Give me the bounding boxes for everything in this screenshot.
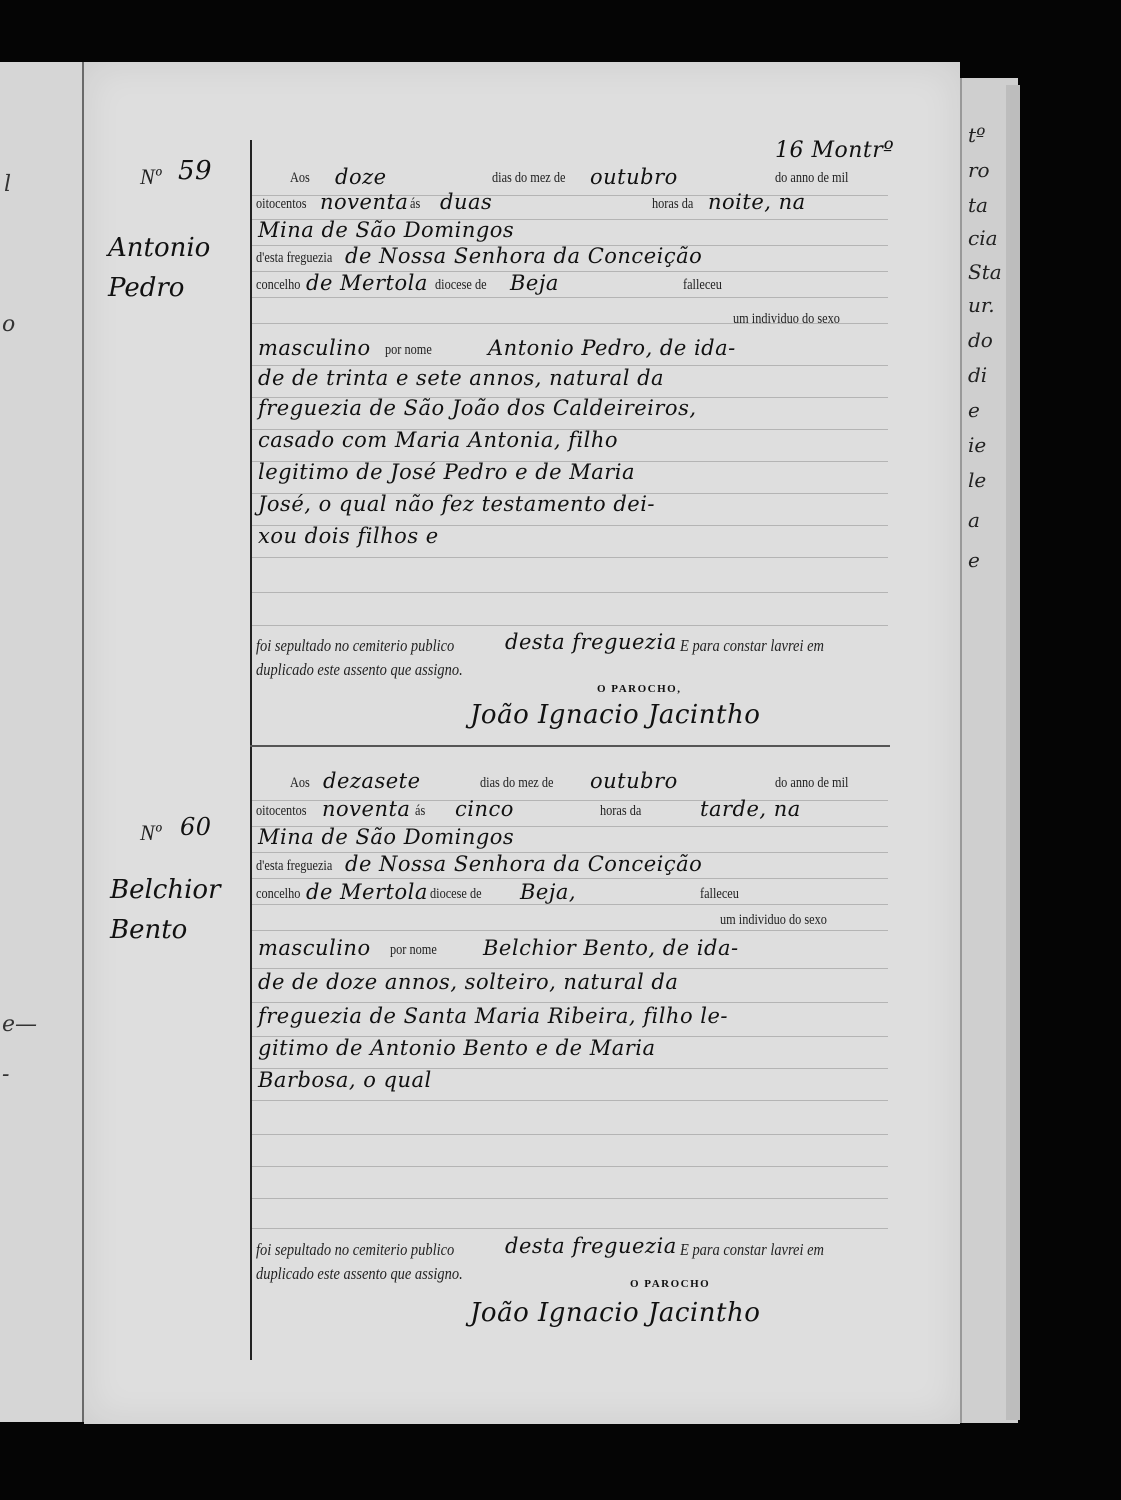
edge-fragment: di — [968, 363, 987, 387]
field-parish: de Nossa Senhora da Conceição — [345, 244, 702, 268]
body-line: Antonio Pedro, de ida- — [488, 336, 736, 360]
field-diocese: Beja, — [520, 880, 576, 904]
page-note: 16 Montrº — [775, 138, 894, 163]
label-sexo: um individuo do sexo — [720, 912, 827, 929]
left-page: l o e— - — [0, 62, 84, 1422]
label-para-constar: E para constar lavrei em — [680, 1240, 824, 1260]
label-horas: horas da — [600, 803, 641, 820]
label-horas: horas da — [652, 196, 693, 213]
label-concelho: concelho — [256, 886, 300, 903]
field-cemetery: desta freguezia — [505, 630, 677, 654]
field-hour: duas — [440, 190, 492, 214]
signature-title: O PAROCHO — [630, 1278, 710, 1290]
field-period: tarde, na — [700, 797, 801, 821]
field-year: noventa — [320, 190, 408, 214]
edge-fragment: ta — [968, 193, 988, 217]
label-falleceu: falleceu — [683, 277, 722, 294]
label-year: do anno de mil — [775, 170, 848, 187]
label-oitocentos: oitocentos — [256, 803, 307, 820]
field-year: noventa — [322, 797, 410, 821]
body-line: Belchior Bento, de ida- — [483, 936, 739, 960]
label-duplicado: duplicado este assento que assigno. — [256, 660, 463, 680]
body-line: legitimo de José Pedro e de Maria — [258, 460, 635, 484]
field-period: noite, na — [708, 190, 806, 214]
field-day: doze — [335, 165, 387, 189]
margin-name-first: Antonio — [108, 228, 210, 268]
margin-deceased-name: Antonio Pedro — [108, 228, 210, 308]
label-freguezia: d'esta freguezia — [256, 858, 332, 875]
field-month: outubro — [590, 165, 678, 189]
label-duplicado: duplicado este assento que assigno. — [256, 1264, 463, 1284]
label-para-constar: E para constar lavrei em — [680, 636, 824, 656]
field-hour: cinco — [455, 797, 514, 821]
label-por-nome: por nome — [385, 342, 432, 359]
label-as: ás — [415, 803, 425, 820]
edge-page-stack — [1006, 85, 1020, 1420]
field-place: Mina de São Domingos — [258, 218, 514, 242]
body-line: freguezia de Santa Maria Ribeira, filho … — [258, 1004, 728, 1028]
body-line: José, o qual não fez testamento dei- — [258, 492, 655, 516]
edge-fragment: ur. — [968, 293, 995, 317]
edge-fragment: e — [968, 548, 980, 572]
signature-title: O PAROCHO, — [597, 683, 681, 695]
field-place: Mina de São Domingos — [258, 825, 514, 849]
edge-fragment: a — [968, 508, 980, 532]
left-page-fragment: e— — [2, 1012, 37, 1037]
margin-name-last: Pedro — [108, 268, 210, 308]
label-month: dias do mez de — [480, 775, 553, 792]
label-month: dias do mez de — [492, 170, 565, 187]
label-falleceu: falleceu — [700, 886, 739, 903]
body-line: de de doze annos, solteiro, natural da — [258, 970, 678, 994]
signature: João Ignacio Jacintho — [470, 1298, 760, 1328]
edge-fragment: ie — [968, 433, 986, 457]
left-page-fragment: o — [2, 312, 15, 337]
label-aos: Aos — [290, 170, 310, 187]
label-diocese: diocese de — [435, 277, 487, 294]
edge-fragment: le — [968, 468, 986, 492]
label-concelho: concelho — [256, 277, 300, 294]
field-sex: masculino — [258, 336, 371, 360]
entry-number: 60 — [180, 813, 212, 841]
body-line: freguezia de São João dos Caldeireiros, — [258, 396, 697, 420]
label-year: do anno de mil — [775, 775, 848, 792]
signature: João Ignacio Jacintho — [470, 700, 760, 730]
edge-fragment: tº — [968, 123, 985, 147]
edge-fragment: ro — [968, 158, 990, 182]
body-line: de de trinta e sete annos, natural da — [258, 366, 664, 390]
entry-separator — [250, 745, 890, 747]
label-sepultado: foi sepultado no cemiterio publico — [256, 1240, 454, 1260]
margin-name-first: Belchior — [110, 870, 221, 910]
field-parish: de Nossa Senhora da Conceição — [345, 852, 702, 876]
entry-number: 59 — [178, 156, 212, 186]
label-sexo: um individuo do sexo — [733, 311, 840, 328]
label-freguezia: d'esta freguezia — [256, 250, 332, 267]
edge-fragment: Sta — [968, 260, 1002, 284]
left-page-fragment: l — [4, 172, 11, 197]
label-as: ás — [410, 196, 420, 213]
edge-fragment: cia — [968, 226, 998, 250]
body-line: Barbosa, o qual — [258, 1068, 432, 1092]
edge-fragment: e — [968, 398, 980, 422]
label-oitocentos: oitocentos — [256, 196, 307, 213]
field-municipality: de Mertola — [306, 271, 428, 295]
field-day: dezasete — [323, 769, 421, 793]
body-line: casado com Maria Antonia, filho — [258, 428, 618, 452]
left-page-fragment: - — [2, 1062, 9, 1087]
field-municipality: de Mertola — [306, 880, 428, 904]
label-sepultado: foi sepultado no cemiterio publico — [256, 636, 454, 656]
entry-number-label: Nº — [140, 820, 162, 846]
field-sex: masculino — [258, 936, 371, 960]
edge-fragment: do — [968, 328, 993, 352]
label-aos: Aos — [290, 775, 310, 792]
label-por-nome: por nome — [390, 942, 437, 959]
body-line: gitimo de Antonio Bento e de Maria — [258, 1036, 656, 1060]
field-cemetery: desta freguezia — [505, 1234, 677, 1258]
field-diocese: Beja — [510, 271, 559, 295]
field-month: outubro — [590, 769, 678, 793]
entry-number-label: Nº — [140, 164, 162, 190]
margin-name-last: Bento — [110, 910, 221, 950]
label-diocese: diocese de — [430, 886, 482, 903]
margin-deceased-name: Belchior Bento — [110, 870, 221, 950]
body-line: xou dois filhos e — [258, 524, 439, 548]
